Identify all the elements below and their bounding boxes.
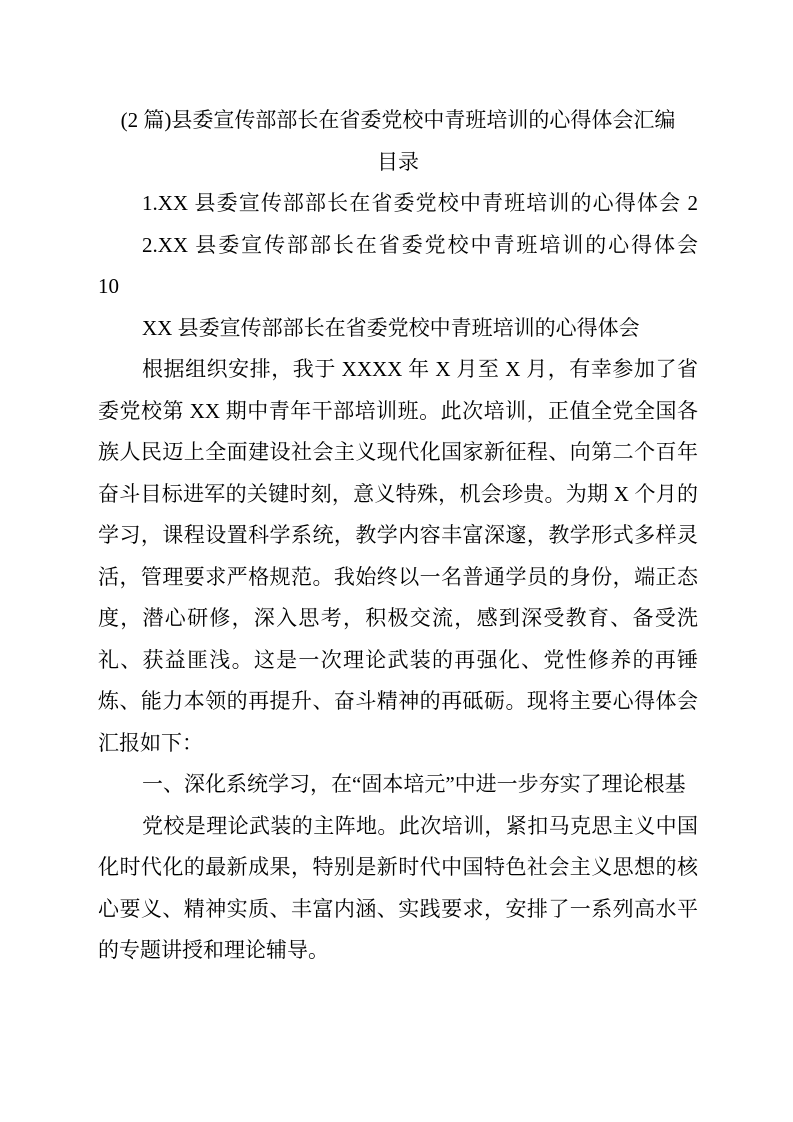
toc-item-2-title: 2.XX 县委宣传部部长在省委党校中青班培训的心得体会 xyxy=(142,233,698,257)
document-page: (2 篇)县委宣传部部长在省委党校中青班培训的心得体会汇编 目录 1.XX 县委… xyxy=(0,0,793,1122)
toc-item-1-page-number: 2 xyxy=(688,191,699,215)
toc-item-2-page-number: 10 xyxy=(98,274,119,298)
toc-item-2: 2.XX 县委宣传部部长在省委党校中青班培训的心得体会10 xyxy=(98,225,698,308)
toc-item-1: 1.XX 县委宣传部部长在省委党校中青班培训的心得体会 2 xyxy=(98,183,698,225)
document-content: (2 篇)县委宣传部部长在省委党校中青班培训的心得体会汇编 目录 1.XX 县委… xyxy=(98,100,698,972)
section-paragraph: 党校是理论武装的主阵地。此次培训，紧扣马克思主义中国化时代化的最新成果，特别是新… xyxy=(98,806,698,972)
toc-item-1-title: 1.XX 县委宣传部部长在省委党校中青班培训的心得体会 xyxy=(142,191,681,215)
article-title: XX 县委宣传部部长在省委党校中青班培训的心得体会 xyxy=(98,308,698,350)
intro-paragraph: 根据组织安排，我于 XXXX 年 X 月至 X 月，有幸参加了省委党校第 XX … xyxy=(98,349,698,764)
document-title: (2 篇)县委宣传部部长在省委党校中青班培训的心得体会汇编 xyxy=(98,100,698,142)
toc-heading: 目录 xyxy=(98,142,698,184)
section-heading: 一、深化系统学习，在“固本培元”中进一步夯实了理论根基 xyxy=(98,764,698,806)
